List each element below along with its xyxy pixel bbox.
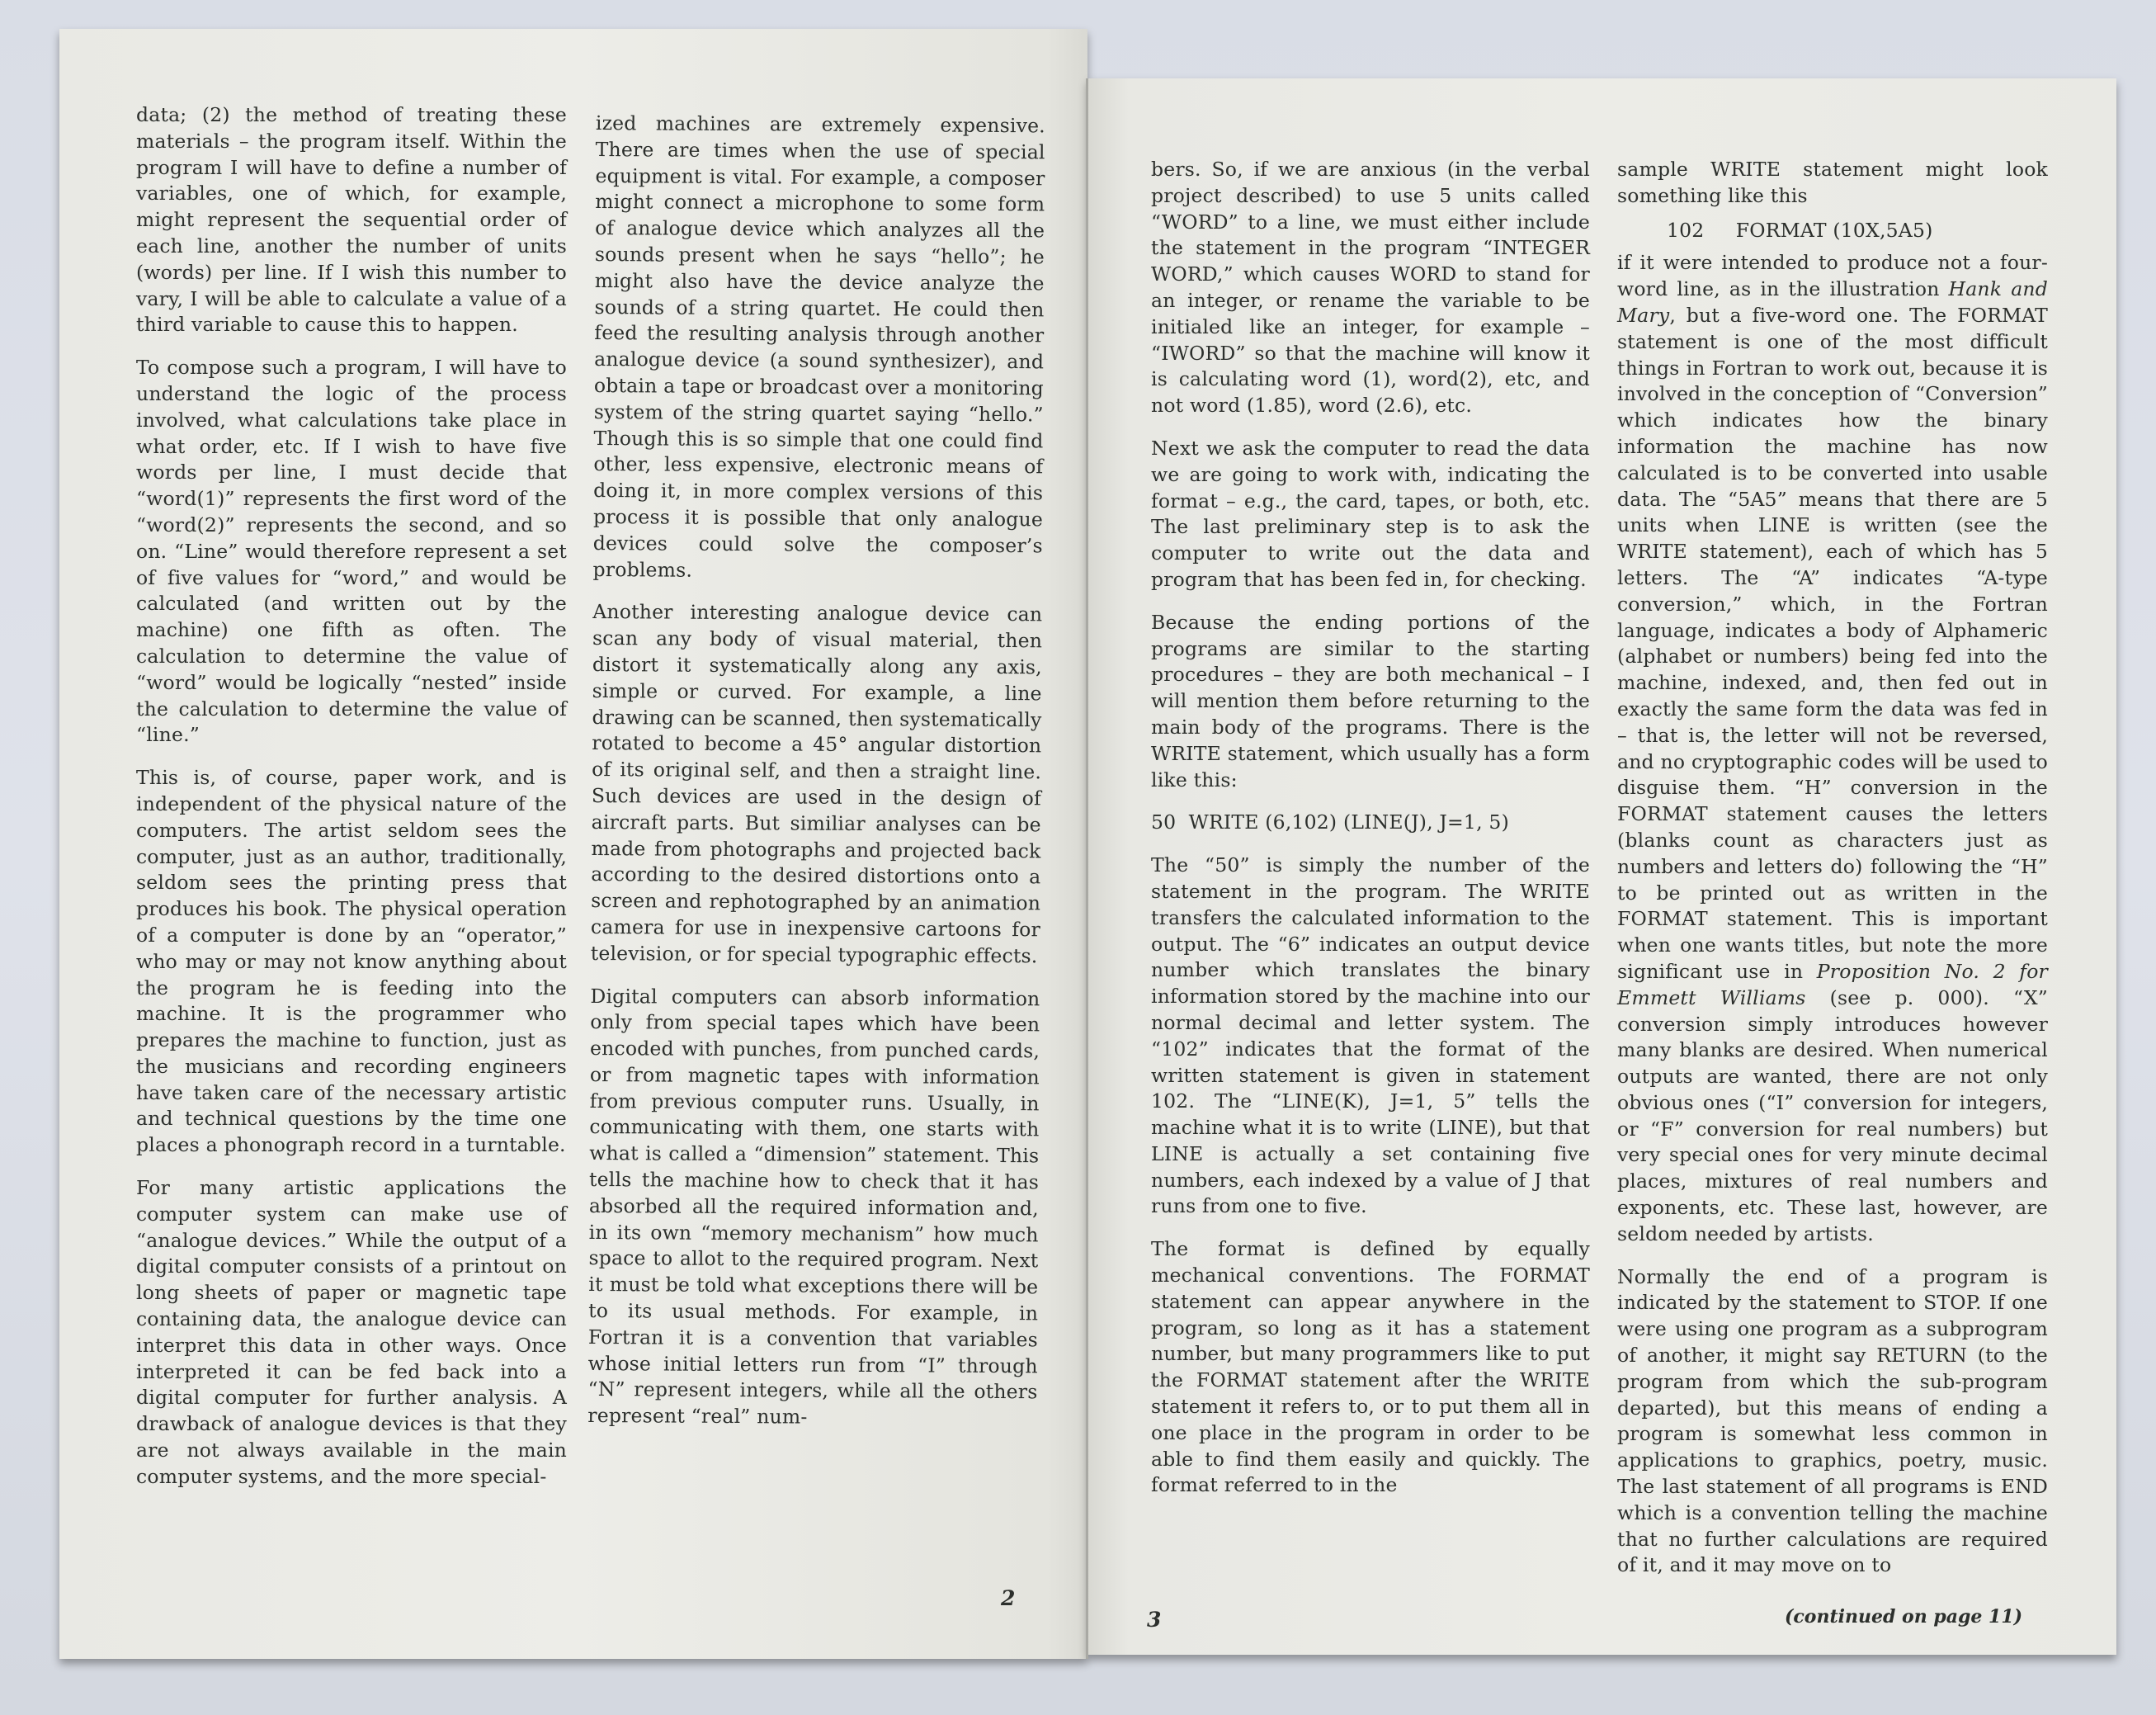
book-spine-gutter bbox=[1086, 78, 1088, 1659]
paragraph-text: (see p. 000). “X” conversion simply intr… bbox=[1617, 986, 2048, 1245]
paragraph: This is, of course, paper work, and is i… bbox=[136, 765, 567, 1159]
format-statement-code: 102 FORMAT (10X,5A5) bbox=[1617, 218, 2048, 244]
paragraph: if it were intended to produce not a fou… bbox=[1617, 250, 2048, 1247]
paragraph: ized machines are extremely expensive. T… bbox=[593, 111, 1045, 586]
paragraph: Because the ending portions of the progr… bbox=[1151, 610, 1590, 794]
text-column-1: data; (2) the method of treating these m… bbox=[136, 102, 567, 1507]
paragraph: To compose such a program, I will have t… bbox=[136, 355, 567, 749]
paragraph: For many artistic applications the compu… bbox=[136, 1175, 567, 1491]
paragraph: sample WRITE statement might look someth… bbox=[1617, 157, 2048, 210]
text-column-2: ized machines are extremely expensive. T… bbox=[587, 111, 1045, 1448]
continued-note: (continued on page 11) bbox=[1785, 1606, 2022, 1628]
paragraph: Next we ask the computer to read the dat… bbox=[1151, 436, 1590, 593]
write-statement-code: 50 WRITE (6,102) (LINE(J), J=1, 5) bbox=[1151, 810, 1590, 836]
page-number-right: 3 bbox=[1147, 1608, 1161, 1632]
text-column-4: sample WRITE statement might look someth… bbox=[1617, 157, 2048, 1595]
paragraph: The “50” is simply the number of the sta… bbox=[1151, 853, 1590, 1220]
paragraph-text: , but a five-word one. The FORMAT statem… bbox=[1617, 304, 2048, 983]
paragraph: Another interesting analogue device can … bbox=[591, 599, 1043, 969]
paragraph: bers. So, if we are anxious (in the verb… bbox=[1151, 157, 1590, 419]
paragraph: Normally the end of a program is indicat… bbox=[1617, 1264, 2048, 1580]
text-column-3: bers. So, if we are anxious (in the verb… bbox=[1151, 157, 1590, 1515]
paragraph: The format is defined by equally mechani… bbox=[1151, 1236, 1590, 1499]
paragraph: Digital computers can absorb information… bbox=[587, 983, 1040, 1432]
paragraph: data; (2) the method of treating these m… bbox=[136, 102, 567, 338]
page-number-left: 2 bbox=[1001, 1586, 1015, 1610]
